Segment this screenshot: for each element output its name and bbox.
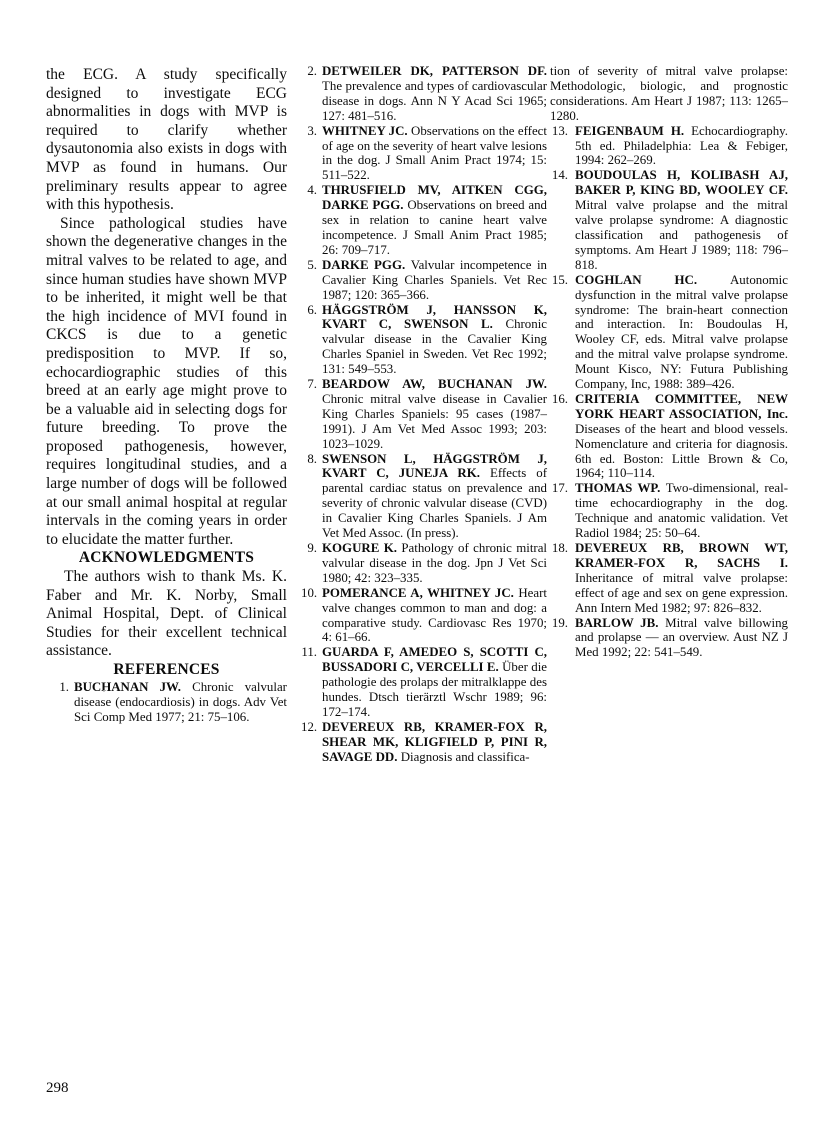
reference-item: 15.COGHLAN HC. Autonomic dysfunction in … <box>550 273 788 392</box>
reference-item: 3.WHITNEY JC. Observations on the effect… <box>301 124 547 184</box>
reference-text: SWENSON L, HÄGGSTRÖM J, KVART C, JUNEJA … <box>322 452 547 541</box>
reference-text: BARLOW JB. Mitral valve billowing and pr… <box>575 616 788 660</box>
reference-continuation: tion of severity of mitral valve prolaps… <box>550 64 788 124</box>
reference-item: 10.POMERANCE A, WHITNEY JC. Heart valve … <box>301 586 547 646</box>
reference-item: 5.DARKE PGG. Valvular incompetence in Ca… <box>301 258 547 303</box>
discussion-paragraph: the ECG. A study specifically designed t… <box>46 66 287 215</box>
reference-number: 1. <box>55 680 69 695</box>
reference-text: HÄGGSTRÖM J, HANSSON K, KVART C, SWENSON… <box>322 303 547 377</box>
reference-text: DARKE PGG. Valvular incompetence in Cava… <box>322 258 547 302</box>
acknowledgments-text: The authors wish to thank Ms. K. Faber a… <box>46 568 287 661</box>
reference-authors: KOGURE K. <box>322 541 401 555</box>
reference-item: 14.BOUDOULAS H, KOLIBASH AJ, BAKER P, KI… <box>550 168 788 272</box>
reference-authors: FEIGENBAUM H. <box>575 124 691 138</box>
reference-item: 7.BEARDOW AW, BUCHANAN JW. Chronic mitra… <box>301 377 547 452</box>
reference-number: 19. <box>550 616 568 631</box>
reference-text: FEIGENBAUM H. Echocardiography. 5th ed. … <box>575 124 788 168</box>
reference-authors: GUARDA F, AMEDEO S, SCOTTI C, BUSSADORI … <box>322 645 547 674</box>
reference-number: 15. <box>550 273 568 288</box>
reference-number: 5. <box>301 258 317 273</box>
middle-column: 2.DETWEILER DK, PATTERSON DF. The preval… <box>301 64 547 765</box>
reference-authors: BEARDOW AW, BUCHANAN JW. <box>322 377 547 391</box>
reference-number: 11. <box>301 645 317 660</box>
reference-item: 19.BARLOW JB. Mitral valve billowing and… <box>550 616 788 661</box>
reference-number: 12. <box>301 720 317 735</box>
reference-number: 13. <box>550 124 568 139</box>
reference-item: 18.DEVEREUX RB, BROWN WT, KRAMER-FOX R, … <box>550 541 788 616</box>
reference-number: 14. <box>550 168 568 183</box>
reference-text: GUARDA F, AMEDEO S, SCOTTI C, BUSSADORI … <box>322 645 547 719</box>
reference-text: COGHLAN HC. Autonomic dysfunction in the… <box>575 273 788 391</box>
reference-number: 6. <box>301 303 317 318</box>
reference-authors: CRITERIA COMMITTEE, NEW YORK HEART ASSOC… <box>575 392 788 421</box>
reference-item: 6.HÄGGSTRÖM J, HANSSON K, KVART C, SWENS… <box>301 303 547 378</box>
reference-item: 16.CRITERIA COMMITTEE, NEW YORK HEART AS… <box>550 392 788 481</box>
reference-authors: DEVEREUX RB, BROWN WT, KRAMER-FOX R, SAC… <box>575 541 788 570</box>
reference-number: 9. <box>301 541 317 556</box>
reference-number: 7. <box>301 377 317 392</box>
references-heading: REFERENCES <box>46 661 287 680</box>
reference-authors: THOMAS WP. <box>575 481 666 495</box>
reference-authors: POMERANCE A, WHITNEY JC. <box>322 586 518 600</box>
reference-authors: BOUDOULAS H, KOLIBASH AJ, BAKER P, KING … <box>575 168 788 197</box>
reference-authors: HÄGGSTRÖM J, HANSSON K, KVART C, SWENSON… <box>322 303 547 332</box>
reference-text: POMERANCE A, WHITNEY JC. Heart valve cha… <box>322 586 547 645</box>
reference-number: 10. <box>301 586 317 601</box>
reference-item: 12.DEVEREUX RB, KRAMER-FOX R, SHEAR MK, … <box>301 720 547 765</box>
reference-number: 16. <box>550 392 568 407</box>
reference-list-middle: 2.DETWEILER DK, PATTERSON DF. The preval… <box>301 64 547 765</box>
reference-text: THRUSFIELD MV, AITKEN CGG, DARKE PGG. Ob… <box>322 183 547 257</box>
reference-list-right: 13.FEIGENBAUM H. Echocardiography. 5th e… <box>550 124 788 661</box>
reference-text: KOGURE K. Pathology of chronic mitral va… <box>322 541 547 585</box>
reference-text: DEVEREUX RB, BROWN WT, KRAMER-FOX R, SAC… <box>575 541 788 615</box>
reference-item: 4.THRUSFIELD MV, AITKEN CGG, DARKE PGG. … <box>301 183 547 258</box>
reference-number: 4. <box>301 183 317 198</box>
reference-authors: SWENSON L, HÄGGSTRÖM J, KVART C, JUNEJA … <box>322 452 547 481</box>
reference-text: THOMAS WP. Two-dimensional, real-time ec… <box>575 481 788 540</box>
reference-number: 2. <box>301 64 317 79</box>
reference-item: 17.THOMAS WP. Two-dimensional, real-time… <box>550 481 788 541</box>
page-number: 298 <box>46 1080 69 1097</box>
reference-item: 2.DETWEILER DK, PATTERSON DF. The preval… <box>301 64 547 124</box>
reference-authors: BARLOW JB. <box>575 616 665 630</box>
discussion-paragraph: Since pathological studies have shown th… <box>46 215 287 550</box>
reference-text: BOUDOULAS H, KOLIBASH AJ, BAKER P, KING … <box>575 168 788 271</box>
reference-authors: WHITNEY JC. <box>322 124 411 138</box>
reference-number: 17. <box>550 481 568 496</box>
journal-page: the ECG. A study specifically designed t… <box>0 0 816 1121</box>
reference-number: 8. <box>301 452 317 467</box>
reference-text: BEARDOW AW, BUCHANAN JW. Chronic mitral … <box>322 377 547 451</box>
reference-item: 13.FEIGENBAUM H. Echocardiography. 5th e… <box>550 124 788 169</box>
right-column: tion of severity of mitral valve prolaps… <box>550 64 788 660</box>
reference-authors: COGHLAN HC. <box>575 273 730 287</box>
reference-authors: DETWEILER DK, PATTERSON DF. <box>322 64 547 78</box>
reference-text: CRITERIA COMMITTEE, NEW YORK HEART ASSOC… <box>575 392 788 481</box>
reference-number: 18. <box>550 541 568 556</box>
reference-number: 3. <box>301 124 317 139</box>
reference-item: 9.KOGURE K. Pathology of chronic mitral … <box>301 541 547 586</box>
reference-item: 8.SWENSON L, HÄGGSTRÖM J, KVART C, JUNEJ… <box>301 452 547 541</box>
reference-authors: DEVEREUX RB, KRAMER-FOX R, SHEAR MK, KLI… <box>322 720 547 764</box>
acknowledgments-heading: ACKNOWLEDGMENTS <box>46 549 287 568</box>
reference-list-left: 1.BUCHANAN JW. Chronic valvular disease … <box>55 680 287 726</box>
reference-text: DETWEILER DK, PATTERSON DF. The prevalen… <box>322 64 547 123</box>
reference-item: 11.GUARDA F, AMEDEO S, SCOTTI C, BUSSADO… <box>301 645 547 720</box>
left-column: the ECG. A study specifically designed t… <box>46 66 287 725</box>
reference-text: WHITNEY JC. Observations on the effect o… <box>322 124 547 183</box>
reference-authors: THRUSFIELD MV, AITKEN CGG, DARKE PGG. <box>322 183 547 212</box>
scan-artifact-dot <box>103 690 105 692</box>
reference-item: 1.BUCHANAN JW. Chronic valvular disease … <box>55 680 287 726</box>
reference-authors: BUCHANAN JW. <box>74 680 192 694</box>
reference-authors: DARKE PGG. <box>322 258 411 272</box>
reference-text: DEVEREUX RB, KRAMER-FOX R, SHEAR MK, KLI… <box>322 720 547 764</box>
reference-text: BUCHANAN JW. Chronic valvular disease (e… <box>74 680 287 724</box>
